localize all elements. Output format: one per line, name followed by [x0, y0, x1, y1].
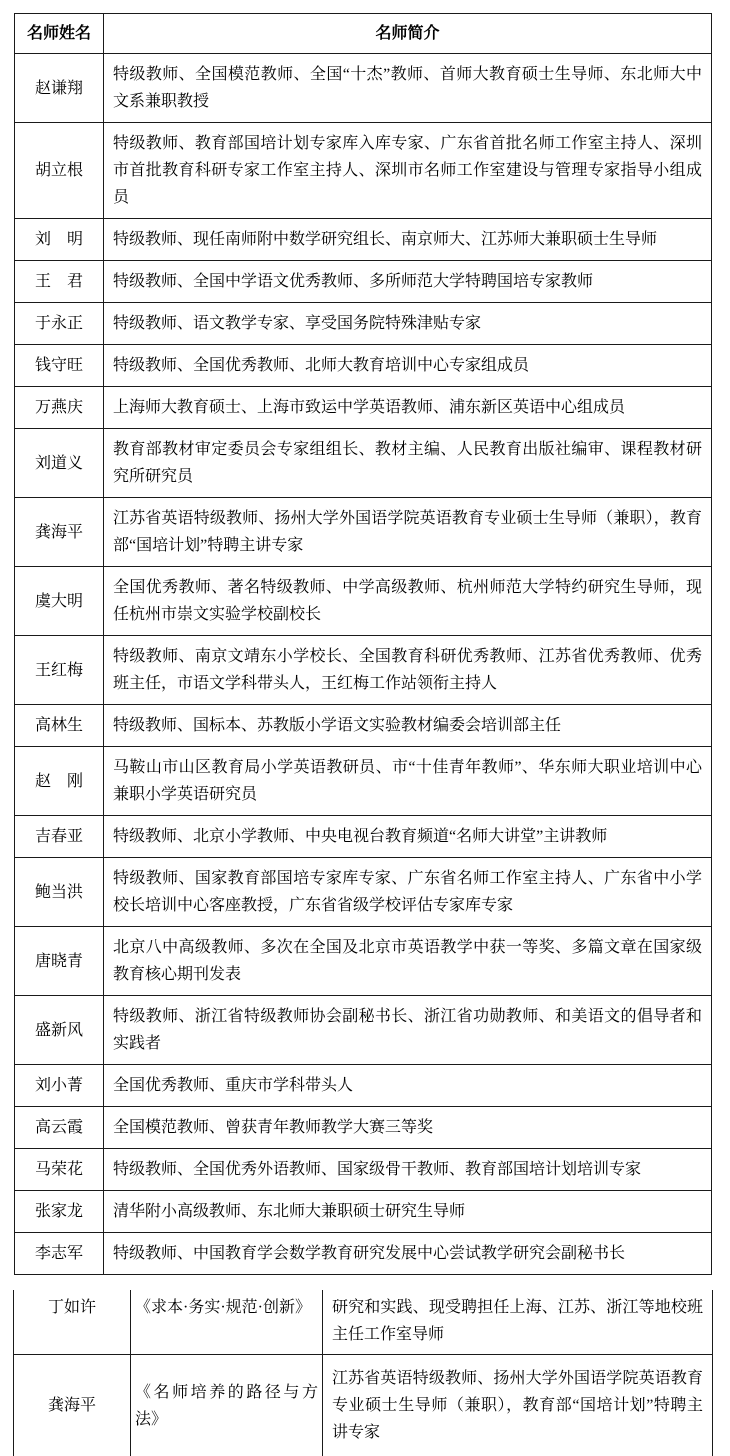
teacher-intro-cell: 特级教师、北京小学教师、中央电视台教育频道“名师大讲堂”主讲教师: [104, 816, 712, 858]
teacher-name-cell: 王红梅: [15, 636, 104, 705]
teacher-intro-cell: 江苏省英语特级教师、扬州大学外国语学院英语教育专业硕士生导师（兼职），教育部“国…: [104, 498, 712, 567]
table-row: 李志军 特级教师、中国教育学会数学教育研究发展中心尝试教学研究会副秘书长: [15, 1233, 712, 1275]
table-row: 唐晓青 北京八中高级教师、多次在全国及北京市英语教学中获一等奖、多篇文章在国家级…: [15, 927, 712, 996]
teacher-name-cell: 高林生: [15, 705, 104, 747]
table-row: 刘小菁 全国优秀教师、重庆市学科带头人: [15, 1065, 712, 1107]
table-row: 鲍当洪 特级教师、国家教育部国培专家库专家、广东省名师工作室主持人、广东省中小学…: [15, 858, 712, 927]
teacher-name-cell: 李志军: [15, 1233, 104, 1275]
teacher-intro-cell: 江苏省英语特级教师、扬州大学外国语学院英语教育专业硕士生导师（兼职），教育部“国…: [323, 1355, 713, 1456]
header-teacher-name: 名师姓名: [15, 14, 104, 54]
teacher-name-cell: 赵谦翔: [15, 54, 104, 123]
teacher-name-cell: 刘道义: [15, 429, 104, 498]
teacher-name-cell: 钱守旺: [15, 345, 104, 387]
teacher-intro-cell: 特级教师、国家教育部国培专家库专家、广东省名师工作室主持人、广东省中小学校长培训…: [104, 858, 712, 927]
table-row: 丁如许 《求本·务实·规范·创新》 研究和实践、现受聘担任上海、江苏、浙江等地校…: [14, 1290, 713, 1355]
teacher-name-cell: 高云霞: [15, 1107, 104, 1149]
teacher-intro-cell: 教育部教材审定委员会专家组组长、教材主编、人民教育出版社编审、课程教材研究所研究…: [104, 429, 712, 498]
table-row: 赵谦翔 特级教师、全国模范教师、全国“十杰”教师、首师大教育硕士生导师、东北师大…: [15, 54, 712, 123]
table-row: 龚海平 江苏省英语特级教师、扬州大学外国语学院英语教育专业硕士生导师（兼职），教…: [15, 498, 712, 567]
teacher-name-cell: 刘 明: [15, 219, 104, 261]
teacher-name-cell: 鲍当洪: [15, 858, 104, 927]
teacher-intro-cell: 全国优秀教师、著名特级教师、中学高级教师、杭州师范大学特约研究生导师，现任杭州市…: [104, 567, 712, 636]
table-row: 吉春亚 特级教师、北京小学教师、中央电视台教育频道“名师大讲堂”主讲教师: [15, 816, 712, 858]
table-row: 虞大明 全国优秀教师、著名特级教师、中学高级教师、杭州师范大学特约研究生导师，现…: [15, 567, 712, 636]
teacher-name-cell: 龚海平: [14, 1355, 131, 1456]
teacher-name-cell: 王 君: [15, 261, 104, 303]
teacher-intro-cell: 马鞍山市山区教育局小学英语教研员、市“十佳青年教师”、华东师大职业培训中心兼职小…: [104, 747, 712, 816]
table-row: 刘 明 特级教师、现任南师附中数学研究组长、南京师大、江苏师大兼职硕士生导师: [15, 219, 712, 261]
teacher-intro-cell: 特级教师、全国中学语文优秀教师、多所师范大学特聘国培专家教师: [104, 261, 712, 303]
teacher-intro-cell: 清华附小高级教师、东北师大兼职硕士研究生导师: [104, 1191, 712, 1233]
teacher-name-cell: 马荣花: [15, 1149, 104, 1191]
teacher-intro-cell: 特级教师、全国优秀外语教师、国家级骨干教师、教育部国培计划培训专家: [104, 1149, 712, 1191]
teacher-name-cell: 唐晓青: [15, 927, 104, 996]
teacher-intro-cell: 北京八中高级教师、多次在全国及北京市英语教学中获一等奖、多篇文章在国家级教育核心…: [104, 927, 712, 996]
teacher-name-cell: 胡立根: [15, 123, 104, 219]
teacher-name-cell: 于永正: [15, 303, 104, 345]
table-row: 王红梅 特级教师、南京文靖东小学校长、全国教育科研优秀教师、江苏省优秀教师、优秀…: [15, 636, 712, 705]
roster-header-row: 名师姓名 名师简介: [15, 14, 712, 54]
header-teacher-intro: 名师简介: [104, 14, 712, 54]
table-row: 马荣花 特级教师、全国优秀外语教师、国家级骨干教师、教育部国培计划培训专家: [15, 1149, 712, 1191]
table-row: 于永正 特级教师、语文教学专家、享受国务院特殊津贴专家: [15, 303, 712, 345]
table-row: 王 君 特级教师、全国中学语文优秀教师、多所师范大学特聘国培专家教师: [15, 261, 712, 303]
teacher-intro-cell: 特级教师、教育部国培计划专家库入库专家、广东省首批名师工作室主持人、深圳市首批教…: [104, 123, 712, 219]
teacher-name-cell: 丁如许: [14, 1290, 131, 1355]
teacher-name-cell: 虞大明: [15, 567, 104, 636]
teacher-name-cell: 万燕庆: [15, 387, 104, 429]
teacher-intro-cell: 特级教师、国标本、苏教版小学语文实验教材编委会培训部主任: [104, 705, 712, 747]
table-row: 张家龙 清华附小高级教师、东北师大兼职硕士研究生导师: [15, 1191, 712, 1233]
table-row: 胡立根 特级教师、教育部国培计划专家库入库专家、广东省首批名师工作室主持人、深圳…: [15, 123, 712, 219]
lecture-table-cropped: 丁如许 《求本·务实·规范·创新》 研究和实践、现受聘担任上海、江苏、浙江等地校…: [13, 1290, 713, 1456]
lecture-title-cell: 《求本·务实·规范·创新》: [131, 1290, 323, 1355]
teacher-intro-cell: 特级教师、现任南师附中数学研究组长、南京师大、江苏师大兼职硕士生导师: [104, 219, 712, 261]
teacher-name-cell: 张家龙: [15, 1191, 104, 1233]
teacher-name-cell: 赵 刚: [15, 747, 104, 816]
teacher-name-cell: 吉春亚: [15, 816, 104, 858]
teacher-intro-cell: 特级教师、浙江省特级教师协会副秘书长、浙江省功勋教师、和美语文的倡导者和实践者: [104, 996, 712, 1065]
table-row: 赵 刚 马鞍山市山区教育局小学英语教研员、市“十佳青年教师”、华东师大职业培训中…: [15, 747, 712, 816]
teacher-name-cell: 盛新风: [15, 996, 104, 1065]
teacher-intro-cell: 特级教师、南京文靖东小学校长、全国教育科研优秀教师、江苏省优秀教师、优秀班主任，…: [104, 636, 712, 705]
table-row: 高林生 特级教师、国标本、苏教版小学语文实验教材编委会培训部主任: [15, 705, 712, 747]
table-row: 刘道义 教育部教材审定委员会专家组组长、教材主编、人民教育出版社编审、课程教材研…: [15, 429, 712, 498]
teacher-intro-cell: 研究和实践、现受聘担任上海、江苏、浙江等地校班主任工作室导师: [323, 1290, 713, 1355]
table-row: 钱守旺 特级教师、全国优秀教师、北师大教育培训中心专家组成员: [15, 345, 712, 387]
teacher-intro-cell: 特级教师、语文教学专家、享受国务院特殊津贴专家: [104, 303, 712, 345]
teacher-intro-cell: 全国模范教师、曾获青年教师教学大赛三等奖: [104, 1107, 712, 1149]
table-row: 龚海平 《名师培养的路径与方法》 江苏省英语特级教师、扬州大学外国语学院英语教育…: [14, 1355, 713, 1456]
table-row: 万燕庆 上海师大教育硕士、上海市致运中学英语教师、浦东新区英语中心组成员: [15, 387, 712, 429]
table-row: 高云霞 全国模范教师、曾获青年教师教学大赛三等奖: [15, 1107, 712, 1149]
teacher-intro-cell: 上海师大教育硕士、上海市致运中学英语教师、浦东新区英语中心组成员: [104, 387, 712, 429]
teacher-name-cell: 刘小菁: [15, 1065, 104, 1107]
teacher-intro-cell: 特级教师、全国优秀教师、北师大教育培训中心专家组成员: [104, 345, 712, 387]
teacher-name-cell: 龚海平: [15, 498, 104, 567]
teacher-intro-cell: 全国优秀教师、重庆市学科带头人: [104, 1065, 712, 1107]
teacher-intro-cell: 特级教师、中国教育学会数学教育研究发展中心尝试教学研究会副秘书长: [104, 1233, 712, 1275]
teacher-intro-cell: 特级教师、全国模范教师、全国“十杰”教师、首师大教育硕士生导师、东北师大中文系兼…: [104, 54, 712, 123]
teacher-roster-table: 名师姓名 名师简介 赵谦翔 特级教师、全国模范教师、全国“十杰”教师、首师大教育…: [14, 13, 712, 1275]
table-row: 盛新风 特级教师、浙江省特级教师协会副秘书长、浙江省功勋教师、和美语文的倡导者和…: [15, 996, 712, 1065]
lecture-title-cell: 《名师培养的路径与方法》: [131, 1355, 323, 1456]
